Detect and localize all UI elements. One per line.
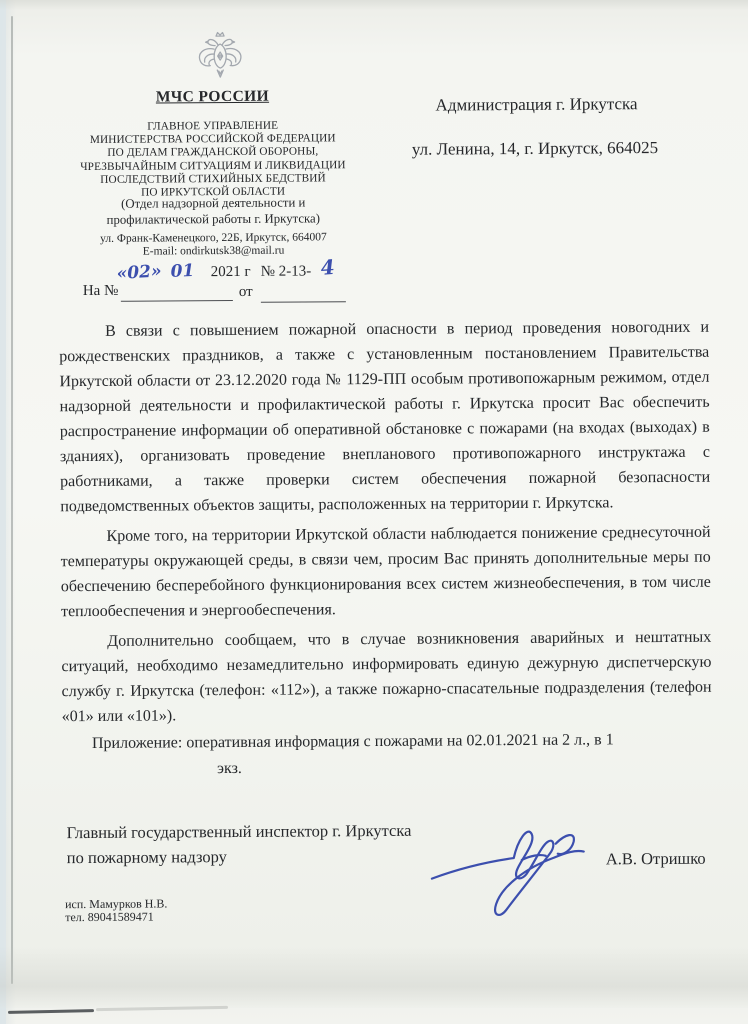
recipient-address: ул. Ленина, 14, г. Иркутск, 664025 [412,138,658,160]
ref-underline [121,300,233,302]
letter-body: В связи с повышением пожарной опасности … [59,315,712,735]
handwritten-day: «02» [116,261,162,284]
ref-year-label: 2021 г [211,264,251,281]
sender-email: E-mail: ondirkutsk38@mail.ru [68,244,358,259]
attachment-line: экз. [217,760,242,778]
sender-dept-block: (Отдел надзорной деятельности и профилак… [68,195,358,228]
sender-org-block: ГЛАВНОЕ УПРАВЛЕНИЕ МИНИСТЕРСТВА РОССИЙСК… [68,119,359,200]
recipient-name: Администрация г. Иркутска [435,94,637,115]
mchs-emblem-icon [194,30,246,90]
body-paragraph: Кроме того, на территории Иркутской обла… [60,520,711,625]
body-paragraph: Дополнительно сообщаем, что в случае воз… [61,625,712,730]
sender-title: МЧС РОССИИ [67,87,357,107]
sender-address-block: ул. Франк-Каменецкого, 22Б, Иркутск, 664… [68,231,358,259]
signature-ink [425,814,626,927]
signer-position: Главный государственный инспектор г. Ирк… [67,821,412,843]
document-content: МЧС РОССИИ ГЛАВНОЕ УПРАВЛЕНИЕ МИНИСТЕРСТ… [0,0,748,1024]
sender-dept-line: профилактической работы г. Иркутска) [68,211,358,229]
handwritten-month: 01 [170,261,194,282]
ref-underline [261,301,346,303]
ref-number-prefix: № 2-13- [261,263,312,280]
executor-phone: тел. 89041589471 [65,911,154,925]
signer-position: по пожарному надзору [67,847,227,868]
scanned-letter-page: МЧС РОССИИ ГЛАВНОЕ УПРАВЛЕНИЕ МИНИСТЕРСТ… [0,0,748,1024]
sender-org-line: ПОСЛЕДСТВИЙ СТИХИЙНЫХ БЕДСТВИЙ [68,172,358,187]
body-paragraph: В связи с повышением пожарной опасности … [59,315,710,520]
ref-na-no-label: На № [83,283,119,300]
ref-ot-label: от [239,284,253,301]
sender-address: ул. Франк-Каменецкого, 22Б, Иркутск, 664… [68,231,358,246]
attachment-line: Приложение: оперативная информация с пож… [92,731,717,753]
handwritten-number: 4 [320,255,336,280]
